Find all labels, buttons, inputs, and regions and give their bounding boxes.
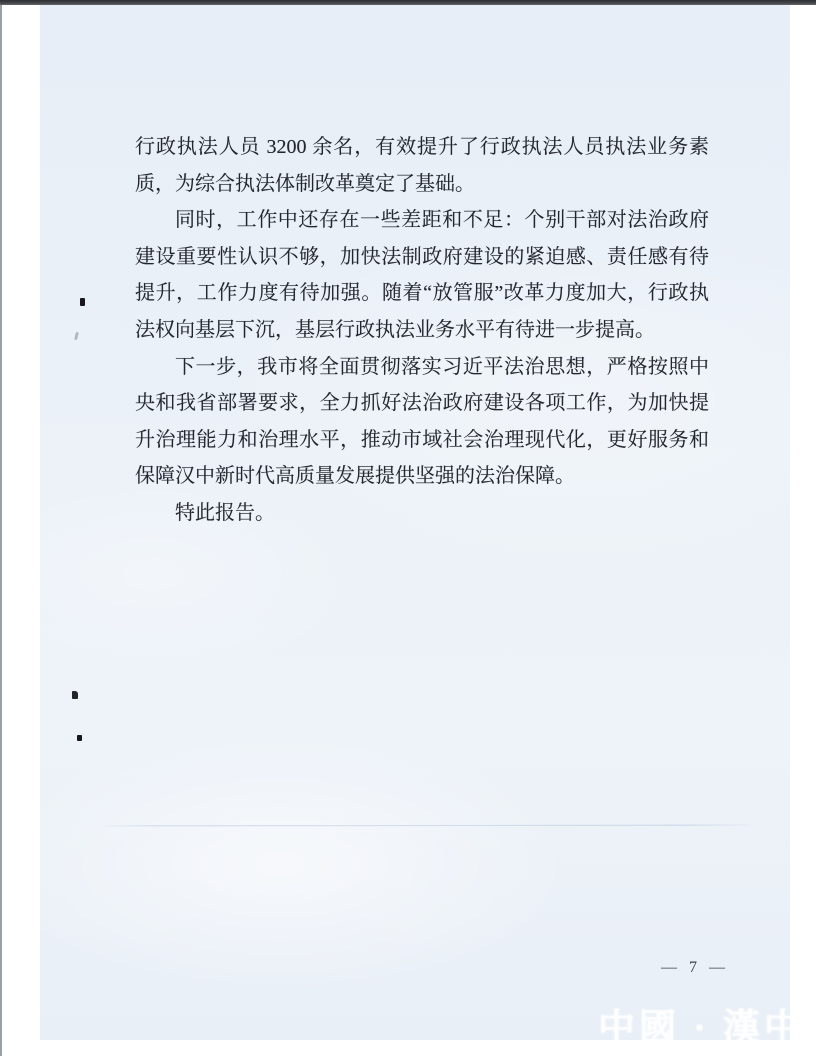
scan-speck: [72, 691, 78, 699]
document-body: 行政执法人员 3200 余名，有效提升了行政执法人员执法业务素 质，为综合执法体…: [135, 129, 709, 532]
text-line: 升治理能力和治理水平，推动市域社会治理现代化，更好服务和: [135, 422, 709, 459]
watermark: 中國 · 漢中: [598, 997, 790, 1040]
text-line: 下一步，我市将全面贯彻落实习近平法治思想，严格按照中: [135, 349, 709, 386]
text-line: 央和我省部署要求，全力抓好法治政府建设各项工作，为加快提: [135, 385, 709, 422]
faint-horizontal-line: [105, 825, 750, 827]
text-line: 保障汉中新时代高质量发展提供坚强的法治保障。: [135, 458, 709, 495]
text-line: 行政执法人员 3200 余名，有效提升了行政执法人员执法业务素: [135, 129, 709, 166]
text-line: 法权向基层下沉，基层行政执法业务水平有待进一步提高。: [135, 312, 709, 349]
text-line: 提升，工作力度有待加强。随着“放管服”改革力度加大，行政执: [135, 275, 709, 312]
page-number: — 7 —: [595, 959, 790, 977]
text-line: 质，为综合执法体制改革奠定了基础。: [135, 166, 709, 203]
text-line: 同时，工作中还存在一些差距和不足：个别干部对法治政府: [135, 202, 709, 239]
text-line: 特此报告。: [135, 495, 709, 532]
scanned-page: 行政执法人员 3200 余名，有效提升了行政执法人员执法业务素 质，为综合执法体…: [40, 5, 790, 1040]
scan-speck: [77, 735, 82, 741]
scan-speck: [80, 298, 85, 306]
scanner-edge-left: [0, 5, 2, 1056]
text-line: 建设重要性认识不够，加快法制政府建设的紧迫感、责任感有待: [135, 239, 709, 276]
scan-speck: [74, 332, 79, 340]
